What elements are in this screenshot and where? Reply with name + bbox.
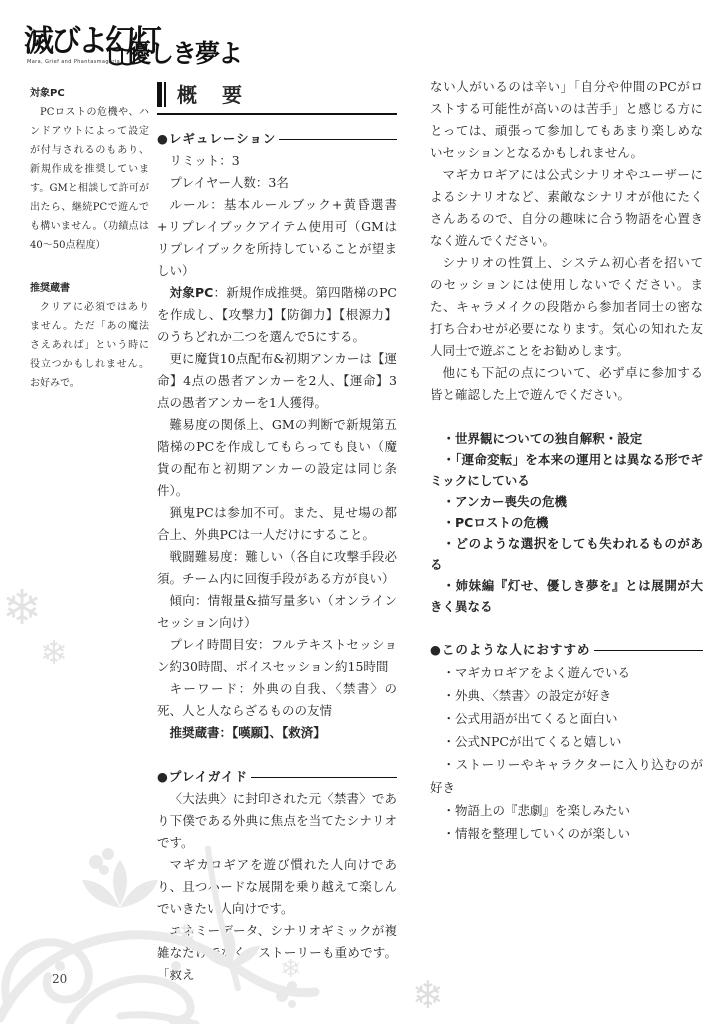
page-number: 20 [52,972,67,986]
sidebar-heading-recommended-books: 推奨蔵書 [30,279,149,298]
playguide-p1: 〈大法典〉に封印された元〈禁書〉であり下僕である外典に焦点を当てたシナリオです。 [157,788,397,854]
page-title: 概 要 [177,84,251,106]
warning-item: ・「運命変転」を本来の運用とは異なる形でギミックにしている [430,449,703,491]
warning-item: ・世界観についての独自解釈・設定 [430,428,703,449]
recommend-item: ・物語上の『悲劇』を楽しみたい [430,799,703,822]
recommend-item: ・ストーリーやキャラクターに入り込むのが好き [430,753,703,799]
regulation-tendency: 傾向：情報量&描写量多い（オンラインセッション向け） [157,590,397,634]
warning-item: ・PCロストの危機 [430,512,703,533]
regulation-target-pc: 対象PC：新規作成推奨。第四階梯のPCを作成し、【攻撃力】【防御力】【根源力】の… [157,282,397,348]
main-column-left: 概 要 ●レギュレーション リミット：3 プレイヤー人数：3名 ルール：基本ルー… [157,82,397,986]
playguide-p3: エネミーデータ、シナリオギミックが複雑なだけでなく、ストーリーも重めです。「救え [157,920,397,986]
regulation-anchors: 更に魔貨10点配布&初期アンカーは【運命】4点の愚者アンカーを2人、【運命】3点… [157,348,397,414]
warning-item: ・どのような選択をしても失われるものがある [430,533,703,575]
logo-subtitle: Mara, Grief and Phantasmagoria [27,59,120,65]
sidebar-note-target-pc: PCロストの危機や、ハンドアウトによって設定が付与されるのもあり、新規作成を推奨… [30,103,149,255]
section-rule [594,650,703,651]
recommend-item: ・マギカロギアをよく遊んでいる [430,661,703,684]
target-pc-label: 対象PC [170,285,214,300]
heading-bar-thin [164,82,166,107]
regulation-playtime: プレイ時間目安：フルテキストセッション約30時間、ボイスセッション約15時間 [157,634,397,678]
heading-bar-thick [157,82,162,107]
regulation-battle-difficulty: 戦闘難易度：難しい（各自に攻撃手段必須。チーム内に回復手段がある方が良い） [157,546,397,590]
recommend-list: ・マギカロギアをよく遊んでいる ・外典、〈禁書〉の設定が好き ・公式用語が出てく… [430,661,703,845]
warnings-list: ・世界観についての独自解釈・設定 ・「運命変転」を本来の運用とは異なる形でギミッ… [430,428,703,617]
warning-item: ・姉妹編『灯せ、優しき夢を』とは展開が大きく異なる [430,575,703,617]
regulation-limit: リミット：3 [157,150,397,172]
page-section-heading: 概 要 [157,82,397,115]
section-header-regulation: ●レギュレーション [157,128,397,150]
logo-title-line2: 優しき夢よ [126,34,241,70]
books-label: 推奨蔵書 [170,725,220,740]
main-column-right: ない人がいるのは辛い」「自分や仲間のPCがロストする可能性が高いのは苦手」と感じ… [430,76,703,845]
recommend-item: ・情報を整理していくのが楽しい [430,822,703,845]
playguide-p2: マギカロギアを遊び慣れた人向けであり、且つハードな展開を乗り越えて楽しんでいきた… [157,854,397,920]
sidebar-notes: 対象PC PCロストの危機や、ハンドアウトによって設定が付与されるのもあり、新規… [30,84,149,393]
snowflake-icon: ❄ [412,976,444,1014]
playguide-continued-p2: マギカロギアには公式シナリオやユーザーによるシナリオなど、素敵なシナリオが他にた… [430,164,703,252]
playguide-continued-p1: ない人がいるのは辛い」「自分や仲間のPCがロストする可能性が高いのは苦手」と感じ… [430,76,703,164]
section-header-recommend: ●このような人におすすめ [430,639,703,661]
regulation-keywords: キーワード：外典の自我、〈禁書〉の死、人と人ならざるものの友情 [157,678,397,722]
section-header-playguide: ●プレイガイド [157,766,397,788]
sidebar-note-recommended-books: クリアに必須ではありません。ただ「あの魔法さえあれば」という時に役立つかもしれま… [30,298,149,393]
regulation-books: 推奨蔵書：【嘆願】、【救済】 [157,722,397,744]
recommend-item: ・公式NPCが出てくると嬉しい [430,730,703,753]
regulation-rules: ルール：基本ルールブック+黄昏選書+リプレイブックアイテム使用可（GMはリプレイ… [157,194,397,282]
sidebar-heading-target-pc: 対象PC [30,84,149,103]
warning-item: ・アンカー喪失の危機 [430,491,703,512]
recommend-item: ・公式用語が出てくると面白い [430,707,703,730]
scanned-book-page: { "page": { "number": "20" }, "logo": { … [0,0,726,1024]
regulation-restrictions: 猟鬼PCは参加不可。また、見せ場の都合上、外典PCは一人だけにすること。 [157,502,397,546]
playguide-continued-p3: シナリオの性質上、システム初心者を招いてのセッションには使用しないでください。ま… [430,252,703,362]
section-rule [251,777,397,778]
regulation-difficulty-note: 難易度の関係上、GMの判断で新規第五階梯のPCを作成してもらっても良い（魔貨の配… [157,414,397,502]
book-title-logo: 滅びよ幻灯 優しき夢よ Mara, Grief and Phantasmagor… [24,12,254,82]
playguide-continued-p4: 他にも下記の点について、必ず卓に参加する皆と確認した上で遊んでください。 [430,362,703,406]
section-rule [279,139,397,140]
recommend-item: ・外典、〈禁書〉の設定が好き [430,684,703,707]
snowflake-icon: ❄ [40,636,68,669]
snowflake-icon: ❄ [2,584,42,632]
regulation-players: プレイヤー人数：3名 [157,172,397,194]
books-text: ：【嘆願】、【救済】 [220,725,326,740]
